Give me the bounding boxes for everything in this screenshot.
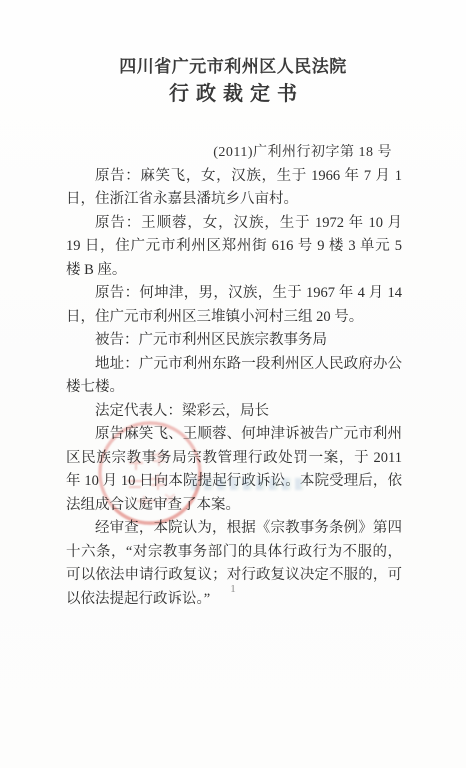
document-title: 行政裁定书 <box>0 77 466 106</box>
plaintiff-3-line: 原告：何坤津，男，汉族，生于 1967 年 4 月 14 日，住广元市利州区三堆… <box>66 282 402 329</box>
court-name-heading: 四川省广元市利州区人民法院 <box>0 52 466 77</box>
defendant-line: 被告：广元市利州区民族宗教事务局 <box>66 329 402 353</box>
page-number: 1 <box>0 583 466 595</box>
case-number: (2011)广利州行初字第 18 号 <box>66 141 402 165</box>
plaintiff-2-line: 原告：王顺蓉，女，汉族，生于 1972 年 10 月 19 日，住广元市利州区郑… <box>66 212 402 283</box>
court-opinion-paragraph: 经审查，本院认为，根据《宗教事务条例》第四十六条，“对宗教事务部门的具体行政行为… <box>66 517 402 611</box>
defendant-address-line: 地址：广元市利州东路一段利州区人民政府办公楼七楼。 <box>66 353 402 400</box>
document-body: (2011)广利州行初字第 18 号 原告：麻笑飞，女，汉族，生于 1966 年… <box>66 141 402 611</box>
plaintiff-1-line: 原告：麻笑飞，女，汉族，生于 1966 年 7 月 1 日，住浙江省永嘉县潘坑乡… <box>66 165 402 212</box>
legal-representative-line: 法定代表人：梁彩云，局长 <box>66 400 402 424</box>
case-summary-paragraph: 原告麻笑飞、王顺蓉、何坤津诉被告广元市利州区民族宗教事务局宗教管理行政处罚一案，… <box>66 423 402 517</box>
